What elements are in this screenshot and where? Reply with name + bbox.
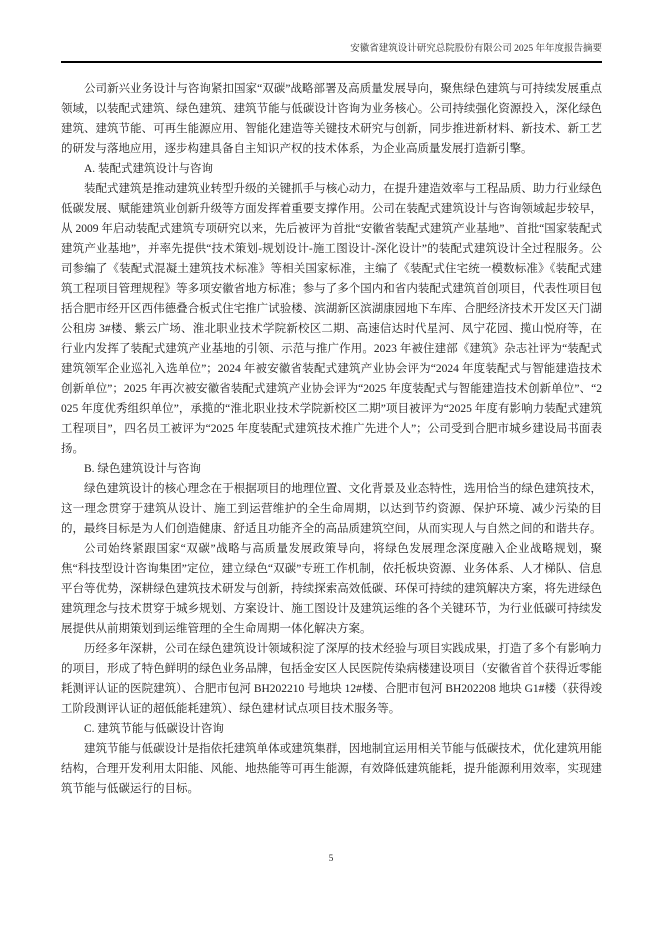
page-number: 5 bbox=[329, 854, 334, 864]
document-body: 公司新兴业务设计与咨询紧扣国家“双碳”战略部署及高质量发展导向，聚焦绿色建筑与可… bbox=[61, 79, 602, 799]
section-heading: B. 绿色建筑设计与咨询 bbox=[61, 459, 602, 479]
body-paragraph: 公司始终紧跟国家“双碳”战略与高质量发展政策导向，将绿色发展理念深度融入企业战略… bbox=[61, 539, 602, 639]
page-header: 安徽省建筑设计研究总院股份有限公司 2025 年年度报告摘要 bbox=[61, 42, 602, 63]
page-footer: 5 bbox=[0, 854, 662, 864]
header-title: 安徽省建筑设计研究总院股份有限公司 2025 年年度报告摘要 bbox=[350, 44, 602, 54]
body-paragraph: 建筑节能与低碳设计是指依托建筑单体或建筑集群，因地制宜运用相关节能与低碳技术，优… bbox=[61, 739, 602, 799]
section-heading: A. 装配式建筑设计与咨询 bbox=[61, 159, 602, 179]
section-heading: C. 建筑节能与低碳设计咨询 bbox=[61, 719, 602, 739]
body-paragraph: 历经多年深耕，公司在绿色建筑设计领域积淀了深厚的技术经验与项目实践成果，打造了多… bbox=[61, 639, 602, 719]
document-page: 安徽省建筑设计研究总院股份有限公司 2025 年年度报告摘要 公司新兴业务设计与… bbox=[0, 0, 662, 936]
body-paragraph: 装配式建筑是推动建筑业转型升级的关键抓手与核心动力，在提升建造效率与工程品质、助… bbox=[61, 179, 602, 459]
body-paragraph: 绿色建筑设计的核心理念在于根据项目的地理位置、文化背景及业态特性，选用恰当的绿色… bbox=[61, 479, 602, 539]
body-paragraph: 公司新兴业务设计与咨询紧扣国家“双碳”战略部署及高质量发展导向，聚焦绿色建筑与可… bbox=[61, 79, 602, 159]
